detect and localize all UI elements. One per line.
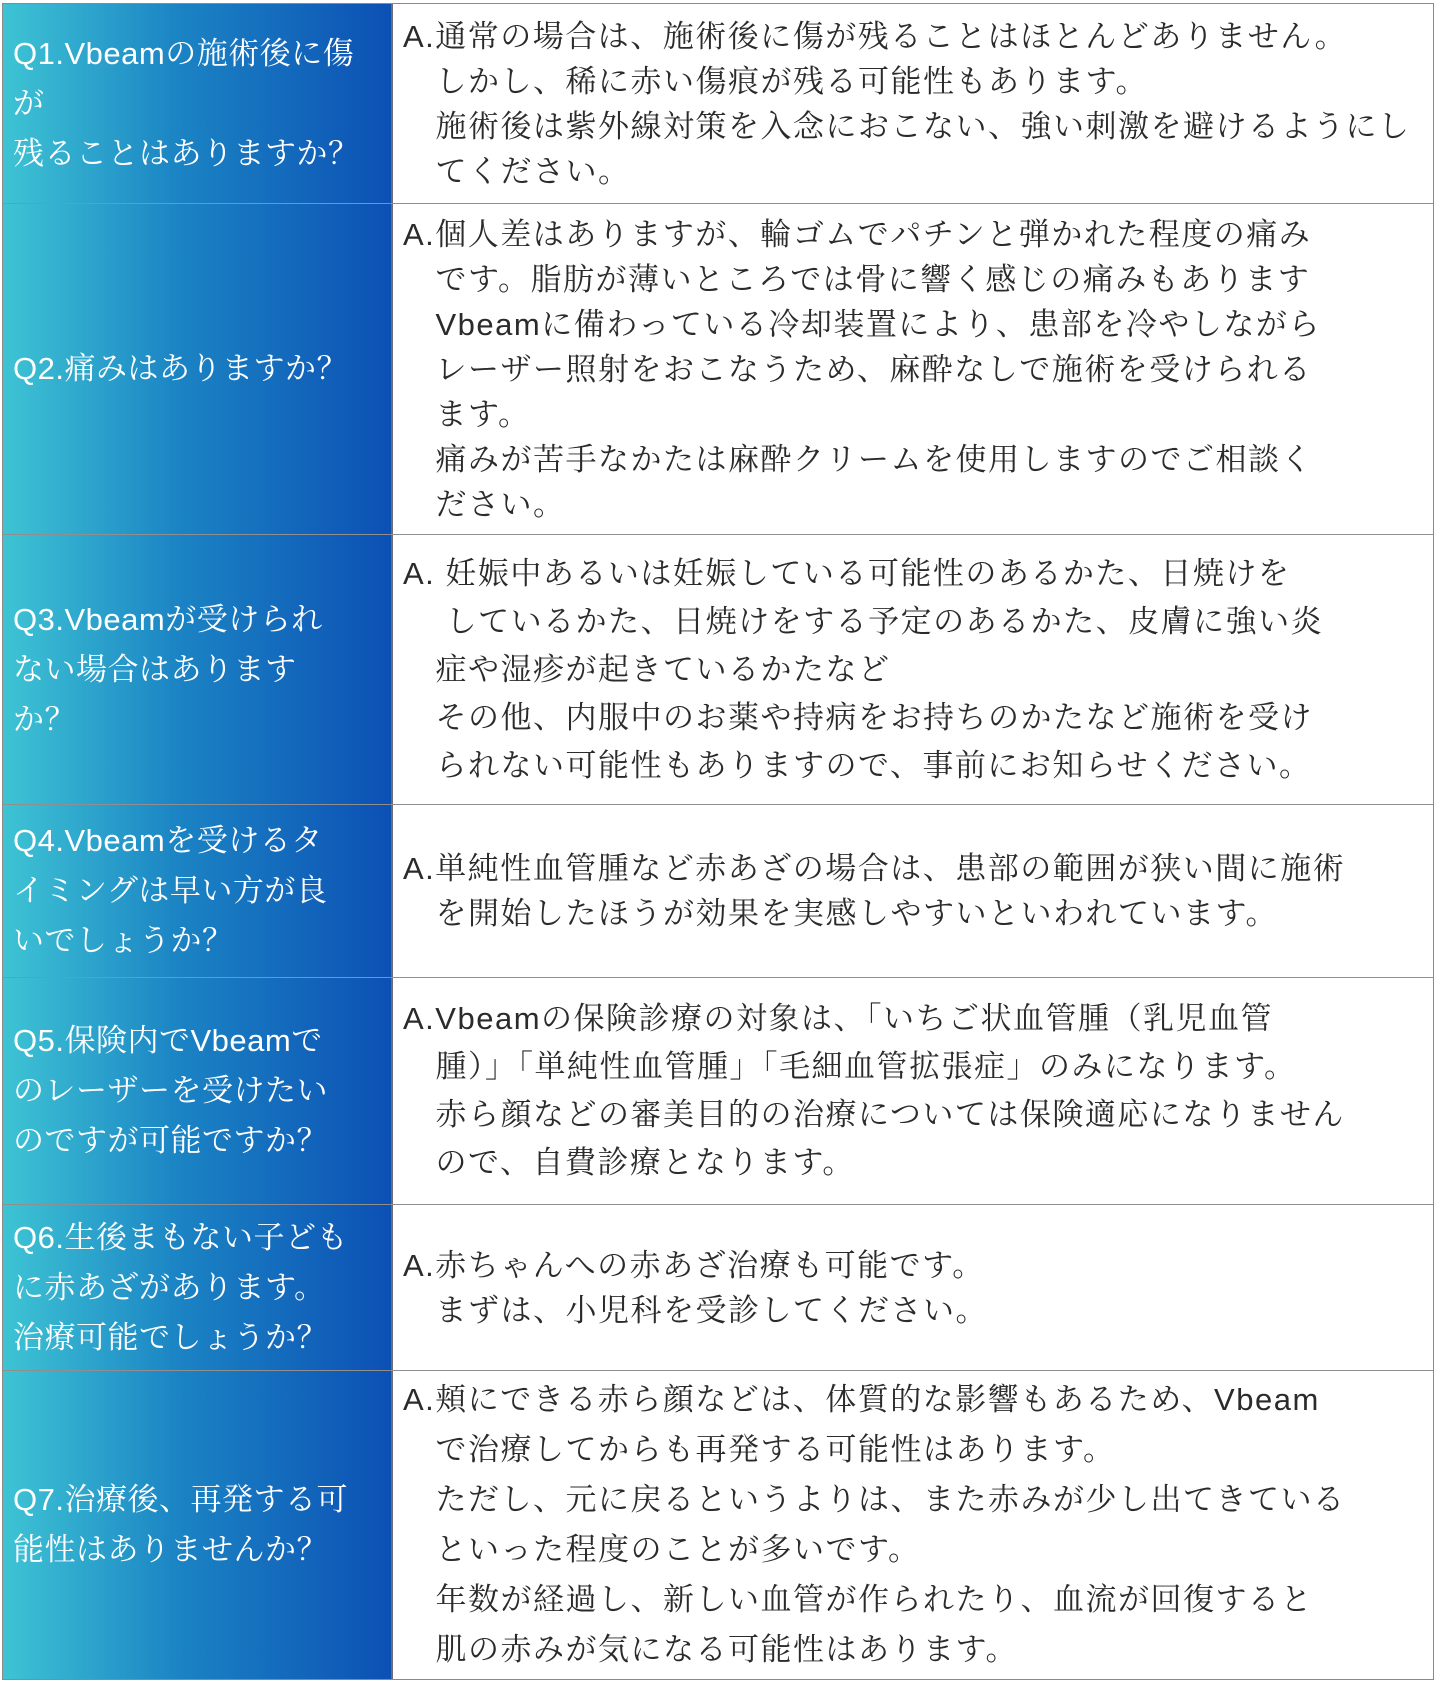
answer-text: A.赤ちゃんへの赤あざ治療も可能です。 まずは、小児科を受診してください。: [403, 1243, 988, 1333]
answer-text: A.Vbeamの保険診療の対象は、「いちご状血管腫（乳児血管 腫）」「単純性血管…: [403, 995, 1345, 1187]
faq-row: Q2.痛みはありますか？ A.個人差はありますが、輪ゴムでパチンと弾かれた程度の…: [3, 204, 1433, 535]
faq-row: Q4.Vbeamを受けるタ イミングは早い方が良 いでしょうか？ A.単純性血管…: [3, 805, 1433, 978]
question-cell: Q2.痛みはありますか？: [3, 204, 393, 534]
question-text: Q1.Vbeamの施術後に傷が 残ることはありますか？: [13, 29, 383, 179]
answer-cell: A.通常の場合は、施術後に傷が残ることはほとんどありません。 しかし、稀に赤い傷…: [393, 4, 1433, 203]
question-cell: Q3.Vbeamが受けられ ない場合はあります か？: [3, 535, 393, 804]
question-cell: Q7.治療後、再発する可 能性はありませんか？: [3, 1371, 393, 1679]
question-text: Q6.生後まもない子ども に赤あざがあります。 治療可能でしょうか？: [13, 1213, 348, 1363]
answer-text: A.頬にできる赤ら顔などは、体質的な影響もあるため、Vbeam で治療してからも…: [403, 1375, 1346, 1675]
question-cell: Q5.保険内でVbeamで のレーザーを受けたい のですが可能ですか？: [3, 978, 393, 1204]
answer-text: A.通常の場合は、施術後に傷が残ることはほとんどありません。 しかし、稀に赤い傷…: [403, 14, 1411, 194]
faq-row: Q3.Vbeamが受けられ ない場合はあります か？ A. 妊娠中あるいは妊娠し…: [3, 535, 1433, 805]
question-text: Q4.Vbeamを受けるタ イミングは早い方が良 いでしょうか？: [13, 816, 327, 966]
question-text: Q3.Vbeamが受けられ ない場合はあります か？: [13, 595, 323, 745]
question-cell: Q1.Vbeamの施術後に傷が 残ることはありますか？: [3, 4, 393, 203]
faq-row: Q1.Vbeamの施術後に傷が 残ることはありますか？ A.通常の場合は、施術後…: [3, 4, 1433, 204]
answer-cell: A.個人差はありますが、輪ゴムでパチンと弾かれた程度の痛み です。脂肪が薄いとこ…: [393, 204, 1433, 534]
answer-cell: A.単純性血管腫など赤あざの場合は、患部の範囲が狭い間に施術 を開始したほうが効…: [393, 805, 1433, 977]
question-text: Q7.治療後、再発する可 能性はありませんか？: [13, 1475, 348, 1575]
faq-table: Q1.Vbeamの施術後に傷が 残ることはありますか？ A.通常の場合は、施術後…: [2, 3, 1434, 1680]
answer-text: A.個人差はありますが、輪ゴムでパチンと弾かれた程度の痛み です。脂肪が薄いとこ…: [403, 212, 1321, 527]
answer-text: A.単純性血管腫など赤あざの場合は、患部の範囲が狭い間に施術 を開始したほうが効…: [403, 846, 1345, 936]
answer-cell: A.頬にできる赤ら顔などは、体質的な影響もあるため、Vbeam で治療してからも…: [393, 1371, 1433, 1679]
answer-cell: A. 妊娠中あるいは妊娠している可能性のあるかた、日焼けを しているかた、日焼け…: [393, 535, 1433, 804]
question-text: Q2.痛みはありますか？: [13, 344, 348, 394]
question-cell: Q6.生後まもない子ども に赤あざがあります。 治療可能でしょうか？: [3, 1205, 393, 1370]
answer-text: A. 妊娠中あるいは妊娠している可能性のあるかた、日焼けを しているかた、日焼け…: [403, 550, 1323, 790]
faq-row: Q5.保険内でVbeamで のレーザーを受けたい のですが可能ですか？ A.Vb…: [3, 978, 1433, 1205]
answer-cell: A.赤ちゃんへの赤あざ治療も可能です。 まずは、小児科を受診してください。: [393, 1205, 1433, 1370]
answer-cell: A.Vbeamの保険診療の対象は、「いちご状血管腫（乳児血管 腫）」「単純性血管…: [393, 978, 1433, 1204]
question-cell: Q4.Vbeamを受けるタ イミングは早い方が良 いでしょうか？: [3, 805, 393, 977]
faq-row: Q7.治療後、再発する可 能性はありませんか？ A.頬にできる赤ら顔などは、体質…: [3, 1371, 1433, 1679]
faq-row: Q6.生後まもない子ども に赤あざがあります。 治療可能でしょうか？ A.赤ちゃ…: [3, 1205, 1433, 1371]
question-text: Q5.保険内でVbeamで のレーザーを受けたい のですが可能ですか？: [13, 1016, 328, 1166]
